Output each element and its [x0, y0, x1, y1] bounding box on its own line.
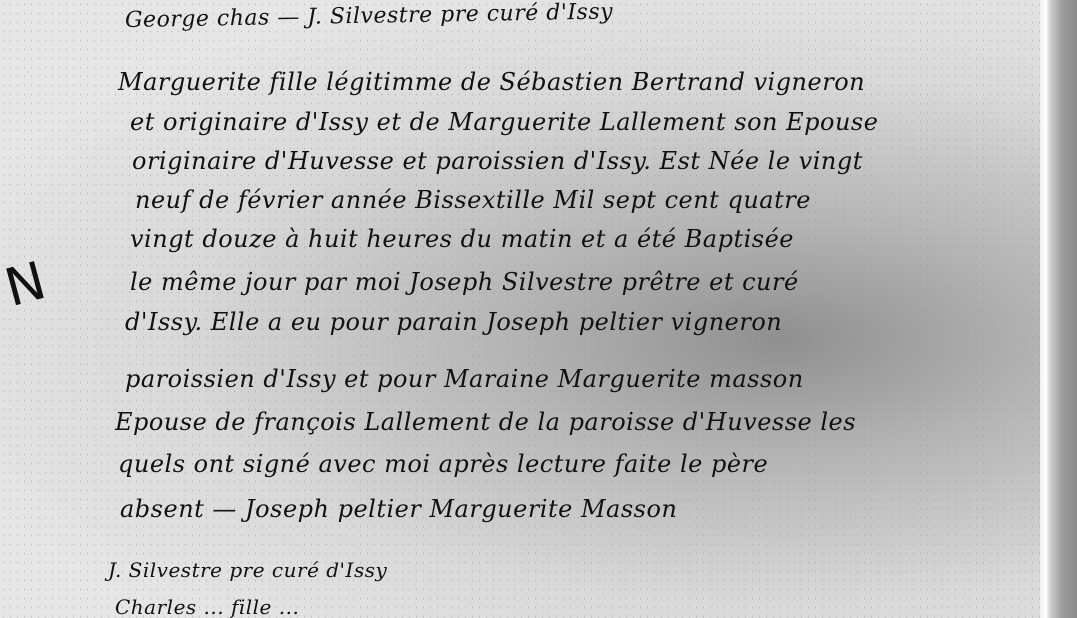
entry-line-5: vingt douze à huit heures du matin et a … [130, 225, 794, 253]
entry-line-9: Epouse de françois Lallement de la paroi… [115, 408, 856, 436]
entry-line-6: le même jour par moi Joseph Silvestre pr… [130, 268, 799, 296]
entry-line-10: quels ont signé avec moi après lecture f… [118, 450, 768, 478]
entry-line-3: originaire d'Huvesse et paroissien d'Iss… [132, 147, 863, 175]
entry-line-8: paroissien d'Issy et pour Maraine Margue… [125, 365, 804, 393]
entry-line-2: et originaire d'Issy et de Marguerite La… [130, 108, 878, 136]
signatures-line: absent — Joseph peltier Marguerite Masso… [120, 495, 677, 523]
entry-line-4: neuf de février année Bissextille Mil se… [135, 186, 811, 214]
entry-line-7: d'Issy. Elle a eu pour parain Joseph pel… [125, 308, 782, 336]
next-entry-start: Charles ... fille ... [115, 595, 299, 618]
priest-signature: J. Silvestre pre curé d'Issy [108, 558, 387, 582]
page-binding-edge [1040, 0, 1077, 618]
entry-line-1: Marguerite fille légitimme de Sébastien … [118, 68, 865, 96]
